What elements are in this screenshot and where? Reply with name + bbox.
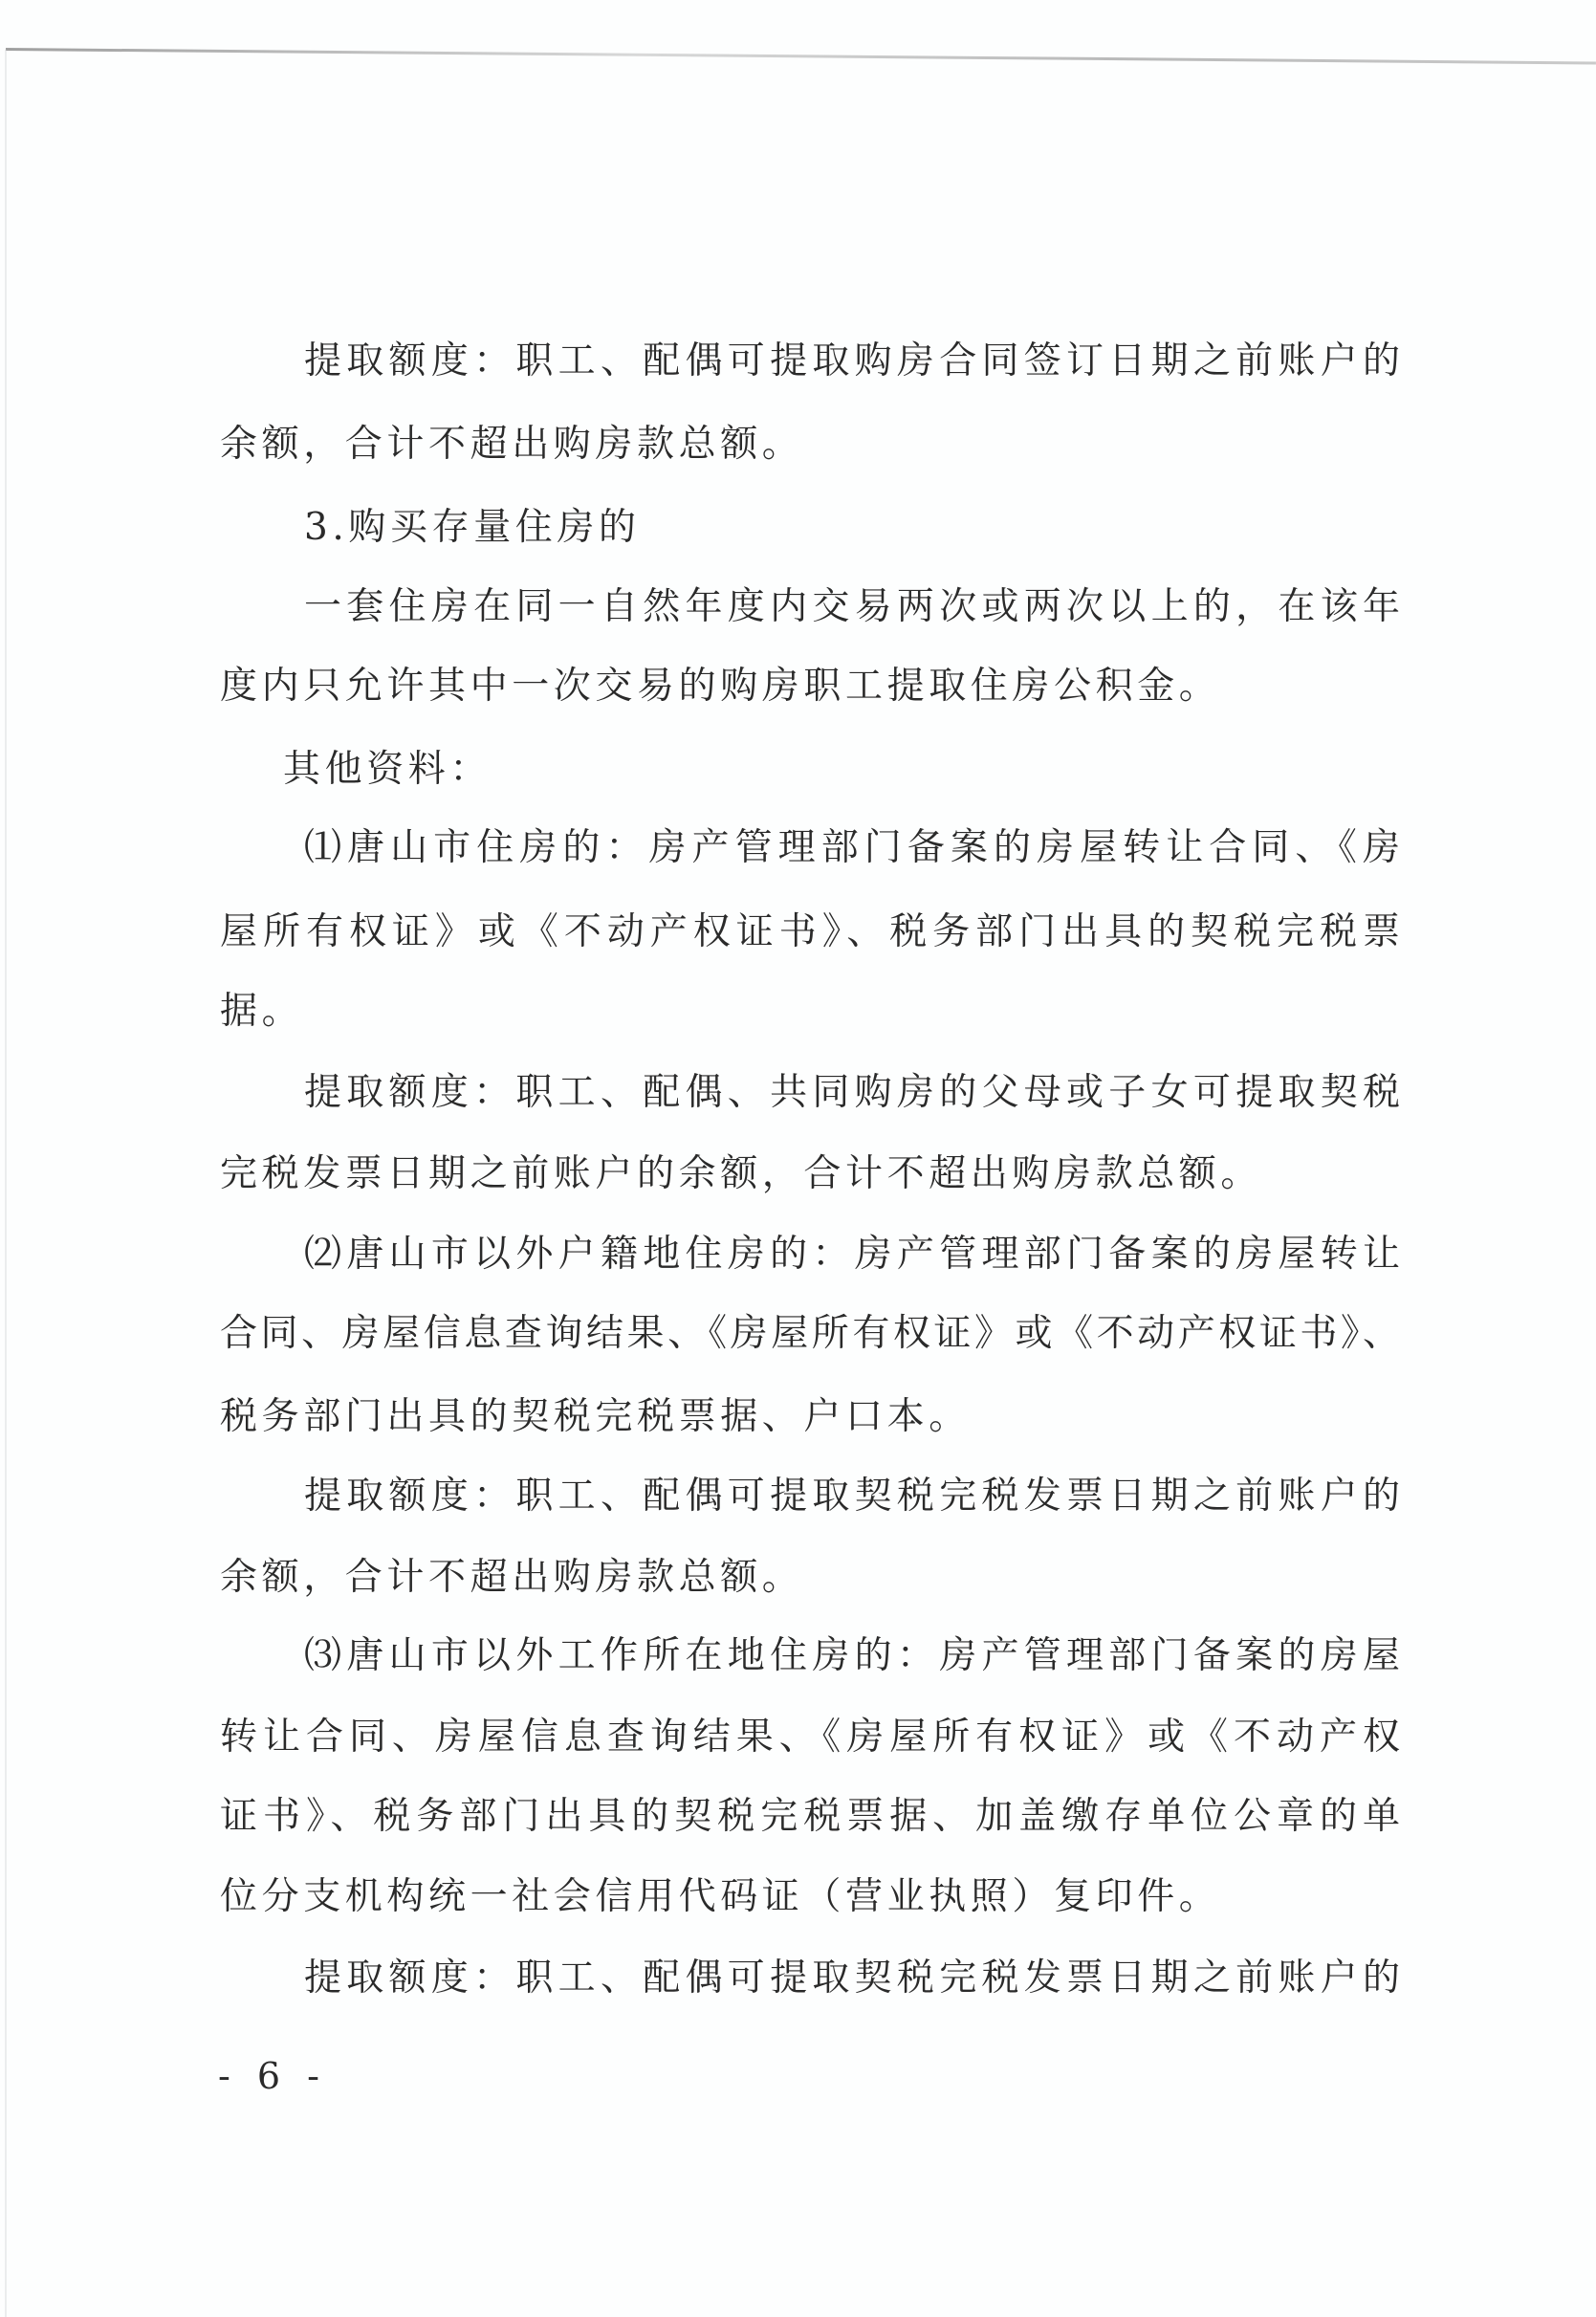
paragraph-line: 一套住房在同一自然年度内交易两次或两次以上的，在该年 xyxy=(304,579,1400,636)
list-item-line: 合同、房屋信息查询结果、《房屋所有权证》或《不动产权证书》、 xyxy=(220,1305,1400,1363)
page-number: - 6 - xyxy=(218,2049,327,2103)
subheading-other-materials: 其他资料： xyxy=(283,741,1463,798)
paragraph-line: 提取额度：职工、配偶、共同购房的父母或子女可提取契税 xyxy=(304,1064,1400,1122)
list-item-line: 证书》、税务部门出具的契税完税票据、加盖缴存单位公章的单 xyxy=(220,1788,1400,1846)
list-item-line: ⑴唐山市住房的：房产管理部门备案的房屋转让合同、《房 xyxy=(304,820,1400,877)
paragraph-line: 提取额度：职工、配偶可提取购房合同签订日期之前账户的 xyxy=(304,333,1400,390)
list-item-line: 屋所有权证》或《不动产权证书》、税务部门出具的契税完税票 xyxy=(220,904,1400,961)
paragraph-line: 度内只允许其中一次交易的购房职工提取住房公积金。 xyxy=(220,658,1400,715)
list-item-line: ⑶唐山市以外工作所在地住房的：房产管理部门备案的房屋 xyxy=(304,1628,1400,1685)
paragraph-line: 余额，合计不超出购房款总额。 xyxy=(220,416,1400,473)
list-item-line: ⑵唐山市以外户籍地住房的：房产管理部门备案的房屋转让 xyxy=(304,1226,1400,1283)
list-item-line: 税务部门出具的契税完税票据、户口本。 xyxy=(220,1388,1400,1446)
paragraph-line: 提取额度：职工、配偶可提取契税完税发票日期之前账户的 xyxy=(304,1468,1400,1525)
list-item-line: 位分支机构统一社会信用代码证（营业执照）复印件。 xyxy=(220,1869,1400,1926)
list-item-line: 据。 xyxy=(220,983,1400,1040)
paragraph-line: 余额，合计不超出购房款总额。 xyxy=(220,1549,1400,1607)
paragraph-line: 完税发票日期之前账户的余额，合计不超出购房款总额。 xyxy=(220,1146,1400,1203)
document-page: 提取额度：职工、配偶可提取购房合同签订日期之前账户的 余额，合计不超出购房款总额… xyxy=(0,0,1596,2317)
section-heading: 3.购买存量住房的 xyxy=(304,499,1400,557)
paragraph-line: 提取额度：职工、配偶可提取契税完税发票日期之前账户的 xyxy=(304,1950,1400,2007)
list-item-line: 转让合同、房屋信息查询结果、《房屋所有权证》或《不动产权 xyxy=(220,1709,1400,1766)
